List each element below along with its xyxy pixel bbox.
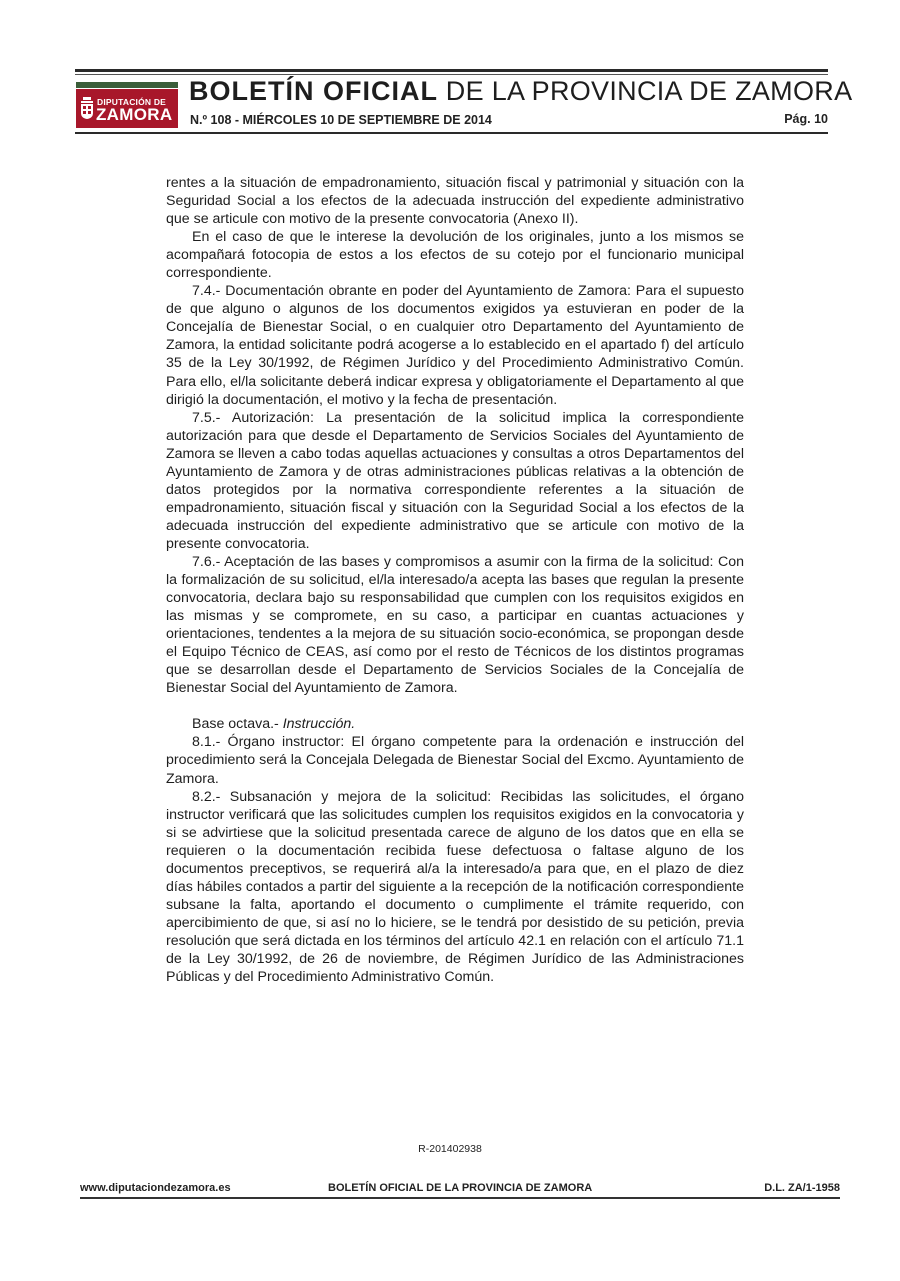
logo-red-box: DIPUTACIÓN DE ZAMORA: [76, 89, 178, 128]
paragraph-8-2: 8.2.- Subsanación y mejora de la solicit…: [166, 788, 744, 987]
publication-title: BOLETÍN OFICIAL DE LA PROVINCIA DE ZAMOR…: [189, 76, 852, 107]
footer-website-link[interactable]: www.diputaciondezamora.es: [80, 1182, 231, 1194]
logo-text-zamora: ZAMORA: [96, 105, 172, 125]
header-rule-top-thin: [75, 74, 828, 75]
paragraph-7-6: 7.6.- Aceptación de las bases y compromi…: [166, 553, 744, 697]
footer-rule: [80, 1197, 840, 1199]
paragraph-continuation: rentes a la situación de empadronamiento…: [166, 174, 744, 228]
section-heading-prefix: Base octava.-: [192, 716, 283, 732]
paragraph-7-5: 7.5.- Autorización: La presentación de l…: [166, 409, 744, 553]
diputacion-logo: DIPUTACIÓN DE ZAMORA: [76, 82, 178, 128]
footer-publication: BOLETÍN OFICIAL DE LA PROVINCIA DE ZAMOR…: [328, 1182, 592, 1194]
paragraph-8-1: 8.1.- Órgano instructor: El órgano compe…: [166, 733, 744, 787]
title-bold: BOLETÍN OFICIAL: [189, 76, 438, 106]
issue-info: N.º 108 - MIÉRCOLES 10 DE SEPTIEMBRE DE …: [190, 113, 492, 127]
section-heading-title: Instrucción.: [283, 716, 356, 732]
header-rule-top: [75, 69, 828, 72]
coat-of-arms-icon: [80, 97, 94, 119]
document-body: rentes a la situación de empadronamiento…: [166, 174, 744, 986]
page-number: Pág. 10: [784, 112, 828, 126]
reference-number: R-201402938: [0, 1143, 900, 1155]
footer-legal-deposit: D.L. ZA/1-1958: [764, 1182, 840, 1194]
document-page: DIPUTACIÓN DE ZAMORA BOLETÍN OFICIAL DE …: [0, 0, 900, 1281]
section-heading-base-octava: Base octava.- Instrucción.: [166, 715, 744, 733]
title-rest: DE LA PROVINCIA DE ZAMORA: [438, 76, 852, 106]
logo-green-bar: [76, 82, 178, 88]
paragraph-originals: En el caso de que le interese la devoluc…: [166, 228, 744, 282]
header-rule-bottom: [75, 132, 828, 134]
paragraph-7-4: 7.4.- Documentación obrante en poder del…: [166, 282, 744, 408]
